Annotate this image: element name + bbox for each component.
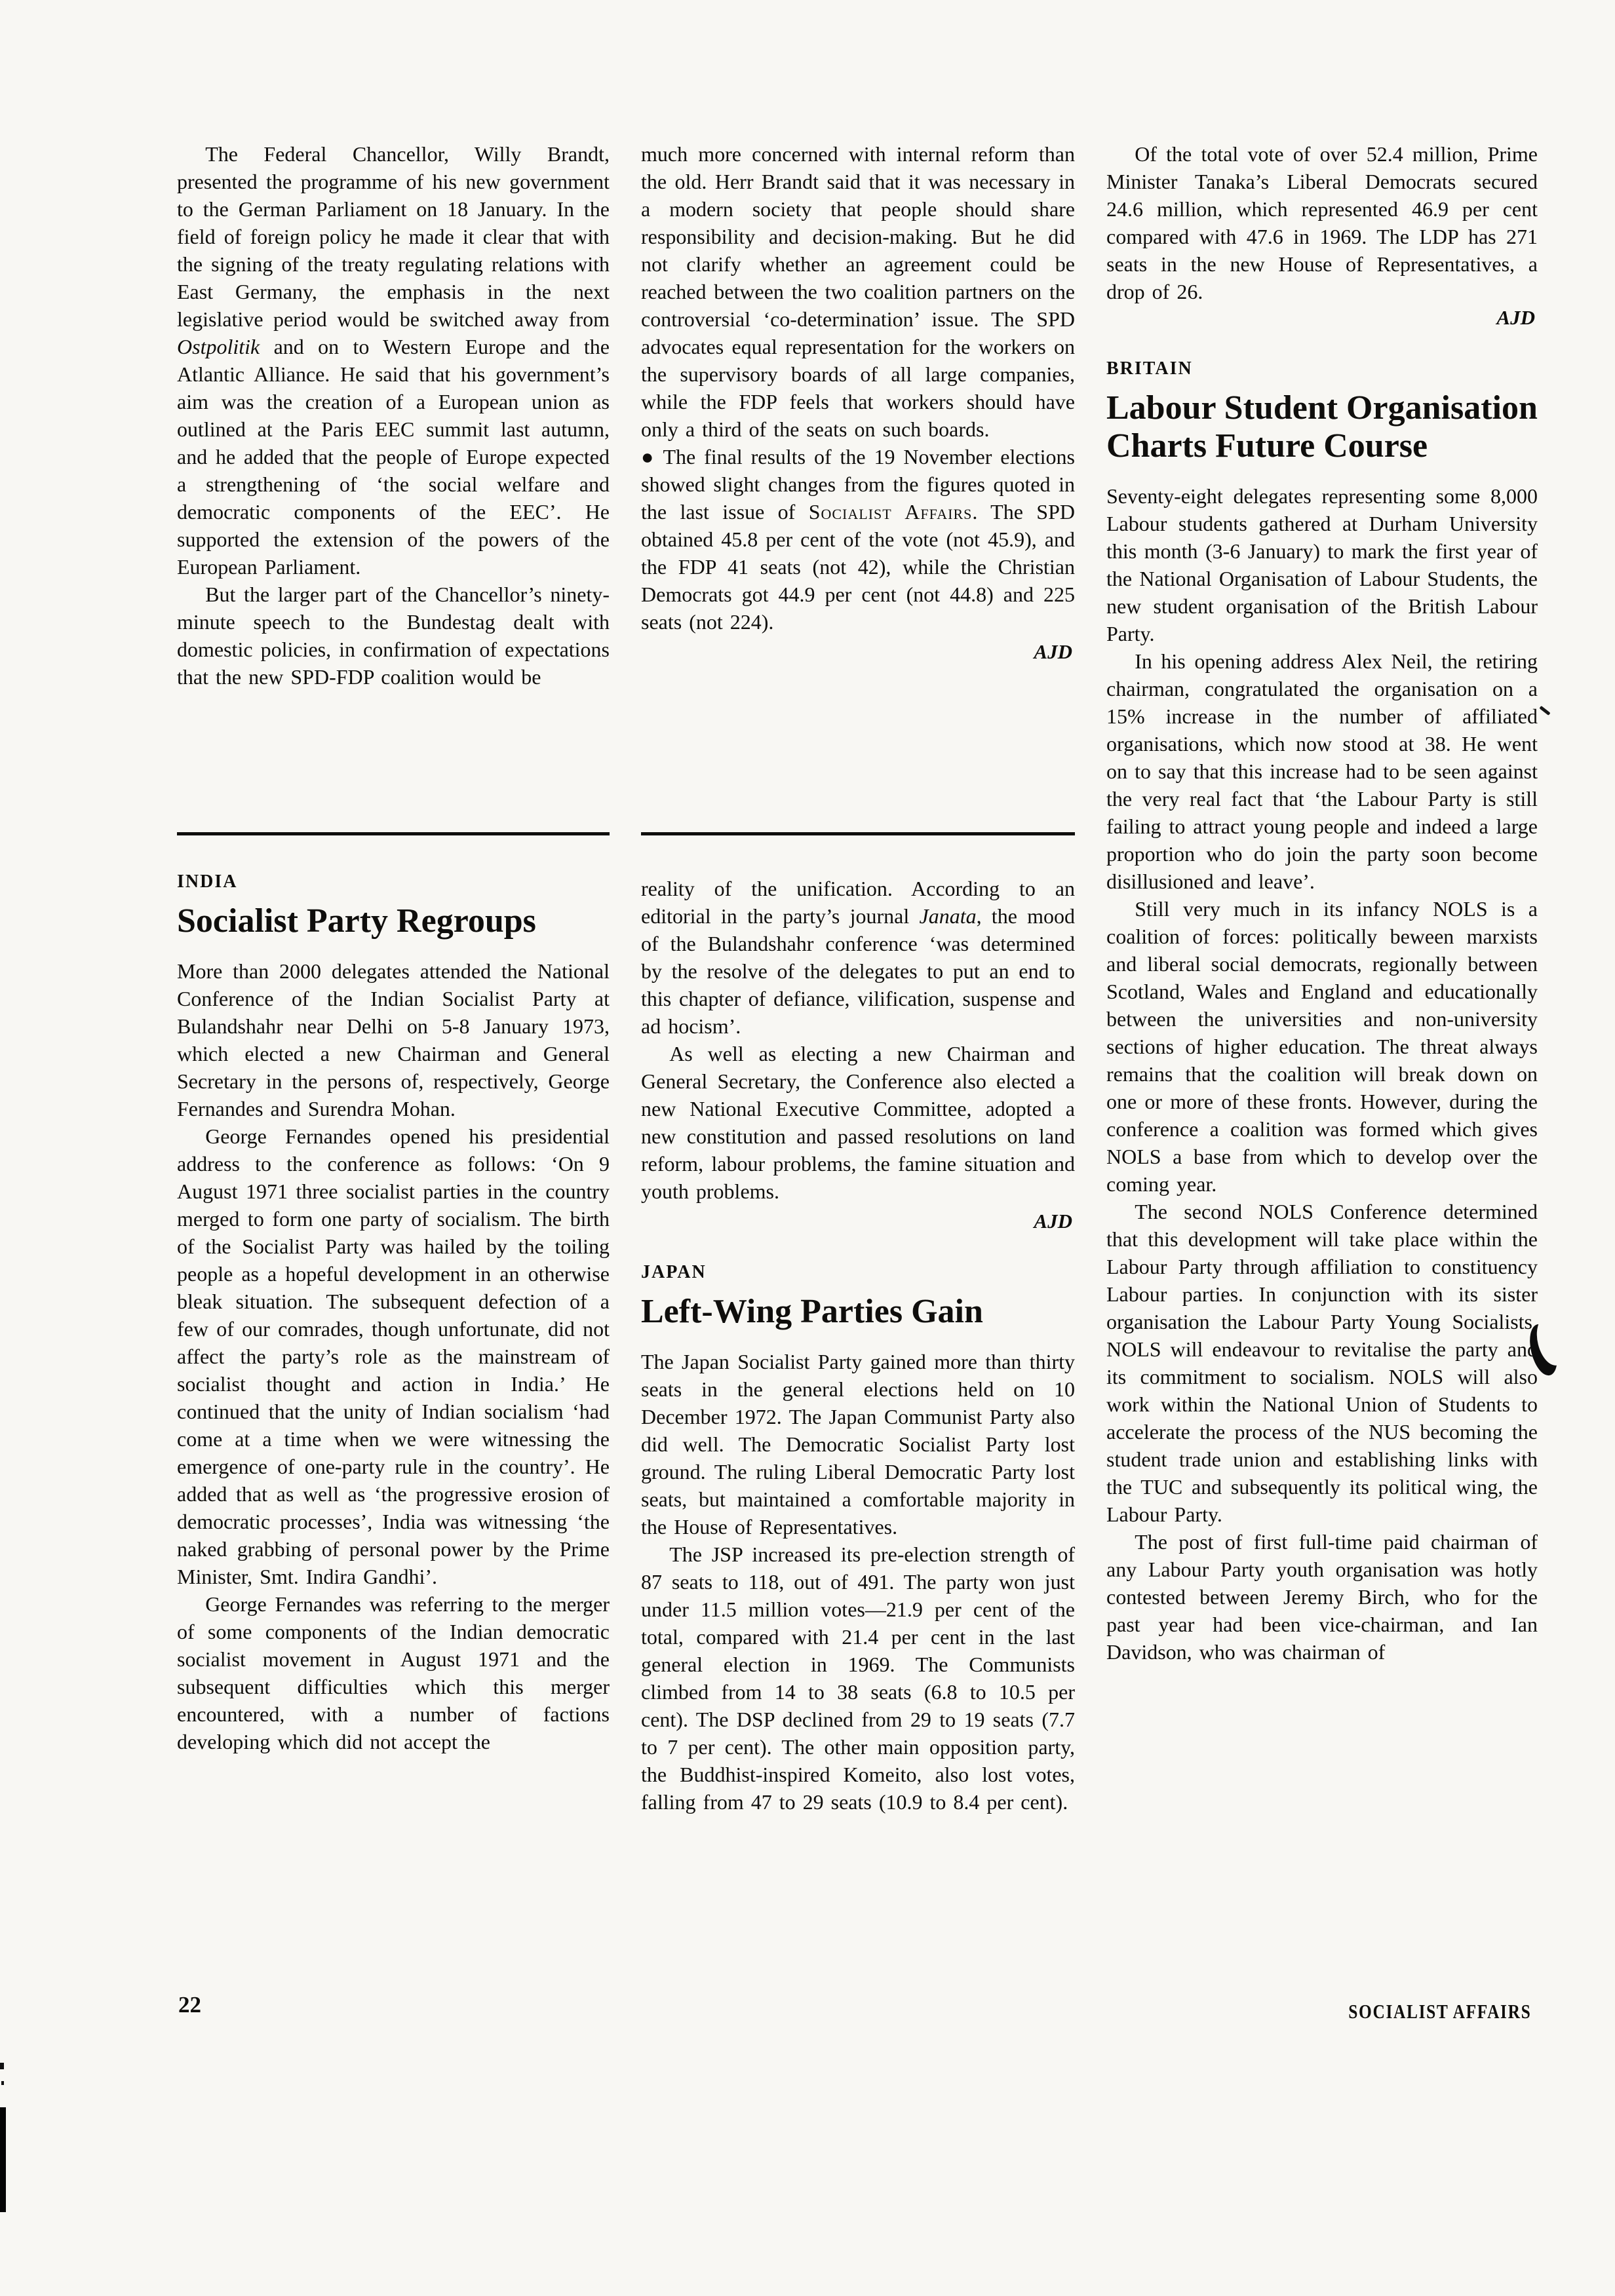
paragraph-election-results: ● The final results of the 19 November e… [641, 443, 1075, 636]
headline-left-wing-parties-gain: Left-Wing Parties Gain [641, 1293, 1075, 1331]
section-kicker-japan: JAPAN [641, 1259, 1075, 1286]
column-3: Of the total vote of over 52.4 million, … [1106, 140, 1538, 1666]
article-india-continuation: reality of the unification. According to… [641, 875, 1075, 1235]
smallcaps-journal-title: Socialist Affairs [809, 500, 973, 524]
column-2: much more concerned with internal reform… [641, 140, 1075, 1816]
headline-socialist-party-regroups: Socialist Party Regroups [177, 902, 610, 940]
magazine-page: The Federal Chancellor, Willy Brandt, pr… [0, 0, 1615, 2296]
column-1: The Federal Chancellor, Willy Brandt, pr… [177, 140, 610, 1755]
italic-term-ostpolitik: Ostpolitik [177, 335, 260, 358]
paragraph-nols-coalition: Still very much in its infancy NOLS is a… [1106, 895, 1538, 1198]
paragraph-nols-durham: Seventy-eight delegates representing som… [1106, 482, 1538, 647]
paragraph-fernandes-merger: George Fernandes was referring to the me… [177, 1590, 610, 1755]
paragraph-second-nols-conference: The second NOLS Conference determined th… [1106, 1198, 1538, 1528]
ink-tick-mark [1539, 706, 1550, 716]
article-germany-continuation-col2: much more concerned with internal reform… [641, 140, 1075, 815]
paragraph-internal-reform: much more concerned with internal reform… [641, 140, 1075, 443]
paragraph-text-segment: The Federal Chancellor, Willy Brandt, pr… [177, 142, 610, 331]
paragraph-ldp-vote: Of the total vote of over 52.4 million, … [1106, 140, 1538, 305]
paragraph-japan-elections: The Japan Socialist Party gained more th… [641, 1348, 1075, 1540]
page-number: 22 [178, 1992, 201, 2018]
paragraph-janata-editorial: reality of the unification. According to… [641, 875, 1075, 1040]
column-divider-rule [177, 832, 610, 835]
paragraph-bundestag-speech: But the larger part of the Chancellor’s … [177, 581, 610, 691]
headline-labour-student-organisation: Labour Student Organisation Charts Futur… [1106, 389, 1538, 465]
paragraph-alex-neil-address: In his opening address Alex Neil, the re… [1106, 647, 1538, 895]
section-kicker-britain: BRITAIN [1106, 355, 1538, 383]
scan-speck [1, 2081, 4, 2085]
scan-speck [0, 2063, 4, 2069]
byline-ajd: AJD [641, 1208, 1075, 1235]
paragraph-brandt-programme: The Federal Chancellor, Willy Brandt, pr… [177, 140, 610, 581]
article-germany-continuation-col1: The Federal Chancellor, Willy Brandt, pr… [177, 140, 610, 815]
column-divider-rule [641, 832, 1075, 835]
journal-name-footer: SOCIALIST AFFAIRS [1348, 2000, 1531, 2023]
byline-ajd: AJD [1106, 304, 1538, 332]
paragraph-new-committee: As well as electing a new Chairman and G… [641, 1040, 1075, 1205]
paragraph-jsp-results: The JSP increased its pre-election stren… [641, 1540, 1075, 1816]
paragraph-india-conference: More than 2000 delegates attended the Na… [177, 957, 610, 1122]
paragraph-text-segment: and on to Western Europe and the Atlanti… [177, 335, 610, 579]
byline-ajd: AJD [641, 638, 1075, 666]
section-kicker-india: INDIA [177, 868, 610, 896]
paragraph-chairman-contest: The post of first full-time paid chairma… [1106, 1528, 1538, 1666]
scan-smudge-left-edge [0, 2107, 6, 2212]
paragraph-fernandes-address: George Fernandes opened his presidential… [177, 1122, 610, 1590]
italic-term-janata: Janata [919, 904, 976, 928]
